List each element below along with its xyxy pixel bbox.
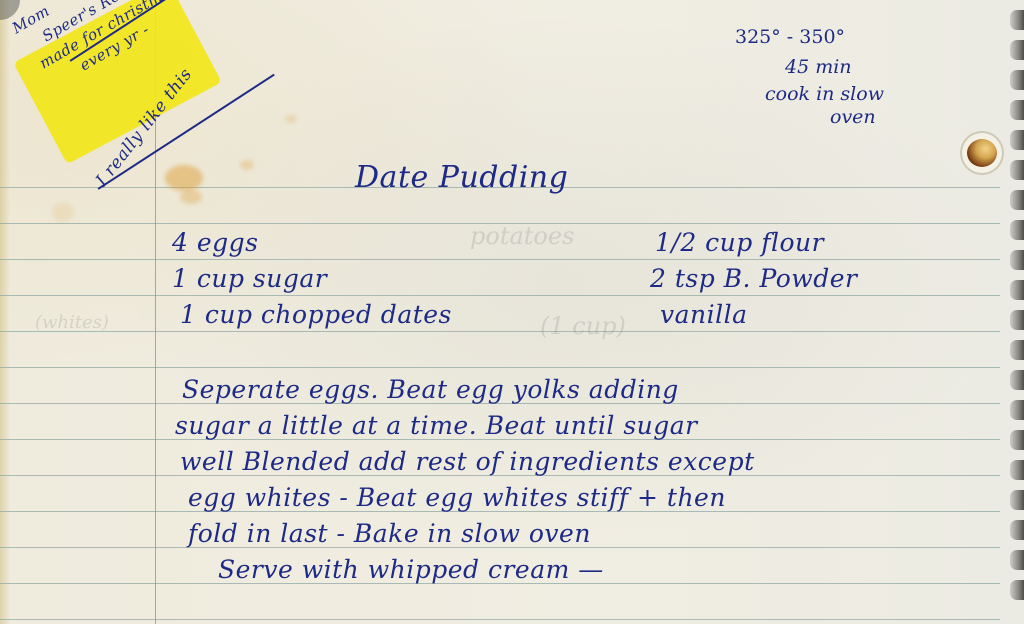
rule-line [0,259,1000,260]
spiral-coil [1010,370,1024,390]
spiral-coil [1010,70,1024,90]
ingredient: vanilla [660,300,748,329]
spiral-coil [1010,340,1024,360]
ingredient: 1 cup sugar [172,264,327,293]
spiral-coil [1010,10,1024,30]
direction-line: well Blended add rest of ingredients exc… [180,447,755,476]
food-stain [240,160,254,170]
spiral-coil [1010,400,1024,420]
spiral-coil [1010,490,1024,510]
spiral-coil [1010,130,1024,150]
spiral-coil [1010,250,1024,270]
oven-note-line2: oven [830,106,876,128]
ghost-text: (whites) [35,312,109,333]
oven-note-line1: cook in slow [765,83,884,105]
food-stain [285,115,297,123]
recipe-card: potatoes (1 cup) (whites) Mom Speer's Re… [0,0,1024,624]
ingredient: 1 cup chopped dates [180,300,452,329]
spiral-coil [1010,520,1024,540]
spiral-coil [1010,580,1024,600]
direction-line: sugar a little at a time. Beat until sug… [175,411,698,440]
bake-time: 45 min [785,56,852,78]
direction-line: egg whites - Beat egg whites stiff + the… [188,483,726,512]
direction-line: fold in last - Bake in slow oven [188,519,591,548]
spiral-coil [1010,430,1024,450]
ingredient: 4 eggs [172,228,258,257]
binder-hole-shadow [967,139,997,167]
spiral-coil [1010,280,1024,300]
ghost-text: potatoes [470,222,574,250]
food-stain [180,190,202,204]
rule-line [0,367,1000,368]
ghost-text: (1 cup) [540,312,626,340]
spiral-coil [1010,310,1024,330]
recipe-title: Date Pudding [355,160,568,195]
spiral-coil [1010,550,1024,570]
binder-hole [962,133,1002,173]
rule-line [0,331,1000,332]
spiral-coil [1010,160,1024,180]
oven-temperature: 325° - 350° [735,26,845,48]
rule-line [0,295,1000,296]
food-stain [52,202,74,222]
spiral-coil [1010,220,1024,240]
spiral-coil [1010,460,1024,480]
ingredient: 2 tsp B. Powder [650,264,857,293]
ingredient: 1/2 cup flour [655,228,824,257]
rule-line [0,619,1000,620]
spiral-coil [1010,190,1024,210]
food-stain [165,165,203,191]
spiral-coil [1010,100,1024,120]
direction-line: Serve with whipped cream — [218,555,604,584]
spiral-coil [1010,40,1024,60]
direction-line: Seperate eggs. Beat egg yolks adding [182,375,679,404]
